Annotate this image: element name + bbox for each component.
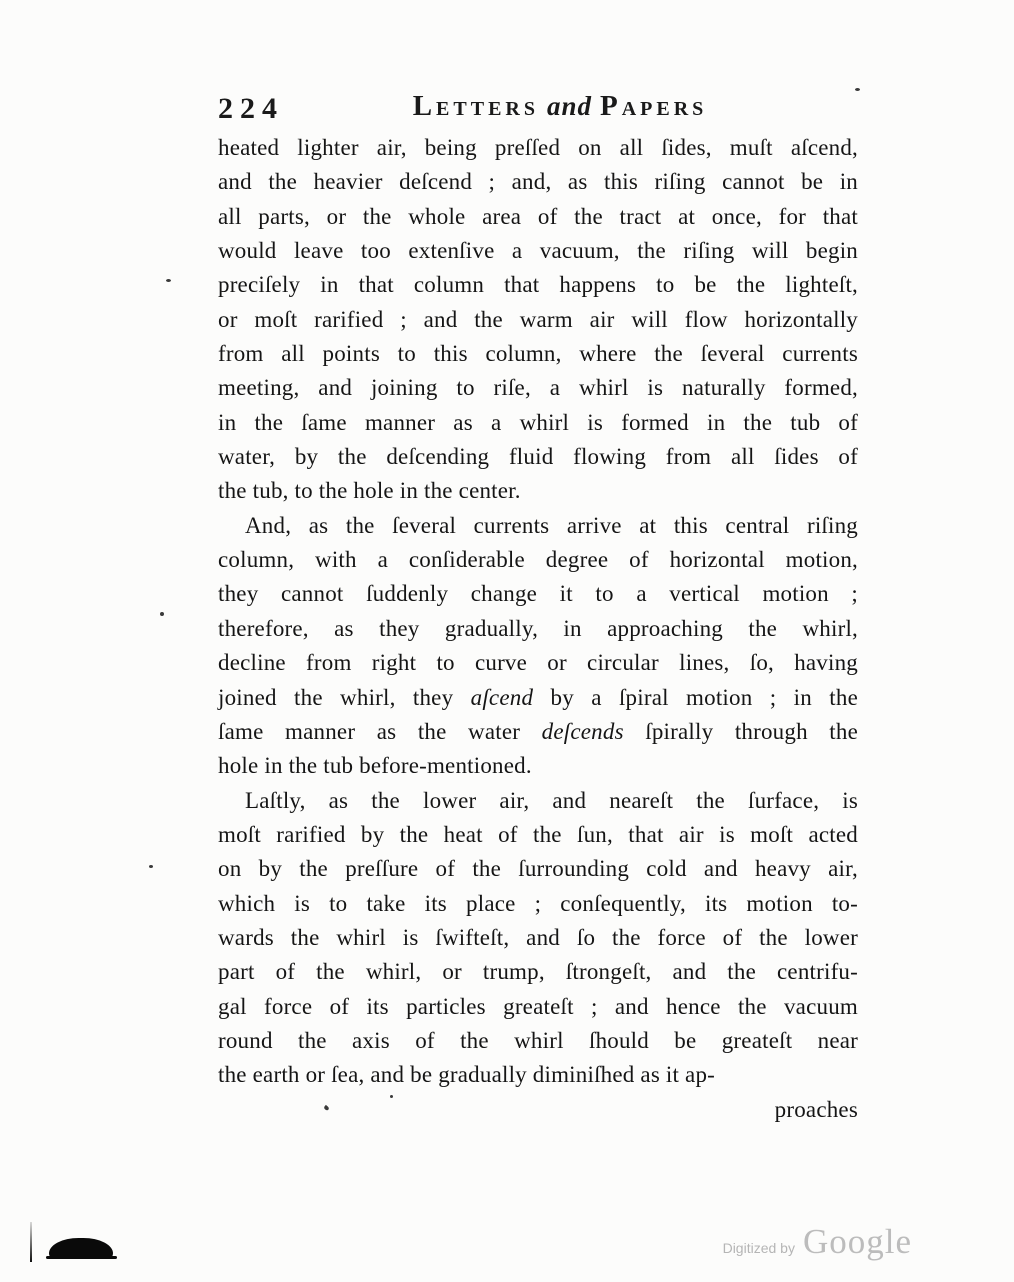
text-line: joined the whirl, they aſcend by a ſpira… [218, 681, 858, 715]
text-line: moſt rarified by the heat of the ſun, th… [218, 818, 858, 852]
text-line: gal force of its particles greateſt ; an… [218, 990, 858, 1024]
text-line: they cannot ſuddenly change it to a vert… [218, 577, 858, 611]
scan-speck [855, 88, 860, 91]
text-line: preciſely in that column that happens to… [218, 268, 858, 302]
scan-speck [166, 279, 171, 282]
scanned-book-page: 224 LettersandPapers heated lighter air,… [0, 0, 1014, 1282]
text-run: joined the whirl, they [218, 685, 471, 710]
digitized-by-google-watermark: Digitized by Google [723, 1222, 912, 1262]
italic-word-descends: deſcends [542, 719, 624, 744]
paragraph: And, as the ſeveral currents arrive at t… [218, 509, 858, 784]
text-line: part of the whirl, or trump, ſtrongeſt, … [218, 955, 858, 989]
text-line: column, with a conſiderable degree of ho… [218, 543, 858, 577]
scan-speck [160, 612, 164, 616]
scan-artifact-thumb-base [46, 1256, 117, 1259]
text-line: meeting, and joining to riſe, a whirl is… [218, 371, 858, 405]
catchword: proaches [218, 1093, 858, 1127]
text-line: on by the preſſure of the ſurrounding co… [218, 852, 858, 886]
text-line: hole in the tub before-mentioned. [218, 749, 858, 783]
running-title-letters: Letters [413, 90, 539, 122]
italic-word-ascend: aſcend [471, 685, 534, 710]
text-line: which is to take its place ; conſequentl… [218, 887, 858, 921]
text-run: by a ſpiral motion ; in the [533, 685, 858, 710]
paragraph: heated lighter air, being preſſed on all… [218, 131, 858, 509]
scan-artifact-line [30, 1222, 32, 1262]
text-run: ſpirally through the [624, 719, 858, 744]
text-block: heated lighter air, being preſſed on all… [218, 131, 858, 1127]
text-line: or moſt rarified ; and the warm air will… [218, 303, 858, 337]
digitized-by-label: Digitized by [723, 1240, 795, 1256]
running-title: LettersandPapers [413, 90, 708, 123]
google-logo: Google [803, 1222, 912, 1262]
text-line: the tub, to the hole in the center. [218, 474, 858, 508]
text-run: ſame manner as the water [218, 719, 542, 744]
text-line: in the ſame manner as a whirl is formed … [218, 406, 858, 440]
scan-speck [390, 1095, 393, 1098]
text-line: And, as the ſeveral currents arrive at t… [218, 509, 858, 543]
text-line: the earth or ſea, and be gradually dimin… [218, 1058, 858, 1092]
text-line: would leave too extenſive a vacuum, the … [218, 234, 858, 268]
scan-speck [149, 865, 153, 868]
page-number: 224 [218, 92, 284, 126]
text-line: round the axis of the whirl ſhould be gr… [218, 1024, 858, 1058]
page-header: 224 LettersandPapers [218, 84, 858, 130]
text-line: from all points to this column, where th… [218, 337, 858, 371]
text-line: water, by the deſcending fluid flowing f… [218, 440, 858, 474]
text-line: therefore, as they gradually, in approac… [218, 612, 858, 646]
text-line: heated lighter air, being preſſed on all… [218, 131, 858, 165]
text-line: decline from right to curve or circular … [218, 646, 858, 680]
scan-artifact-thumb [49, 1238, 113, 1258]
text-line: ſame manner as the water deſcends ſpiral… [218, 715, 858, 749]
text-line: and the heavier deſcend ; and, as this r… [218, 165, 858, 199]
text-line: all parts, or the whole area of the trac… [218, 200, 858, 234]
running-title-and: and [539, 91, 600, 121]
text-line: Laſtly, as the lower air, and neareſt th… [218, 784, 858, 818]
running-title-papers: Papers [600, 90, 707, 122]
text-line: wards the whirl is ſwifteſt, and ſo the … [218, 921, 858, 955]
paragraph: Laſtly, as the lower air, and neareſt th… [218, 784, 858, 1093]
